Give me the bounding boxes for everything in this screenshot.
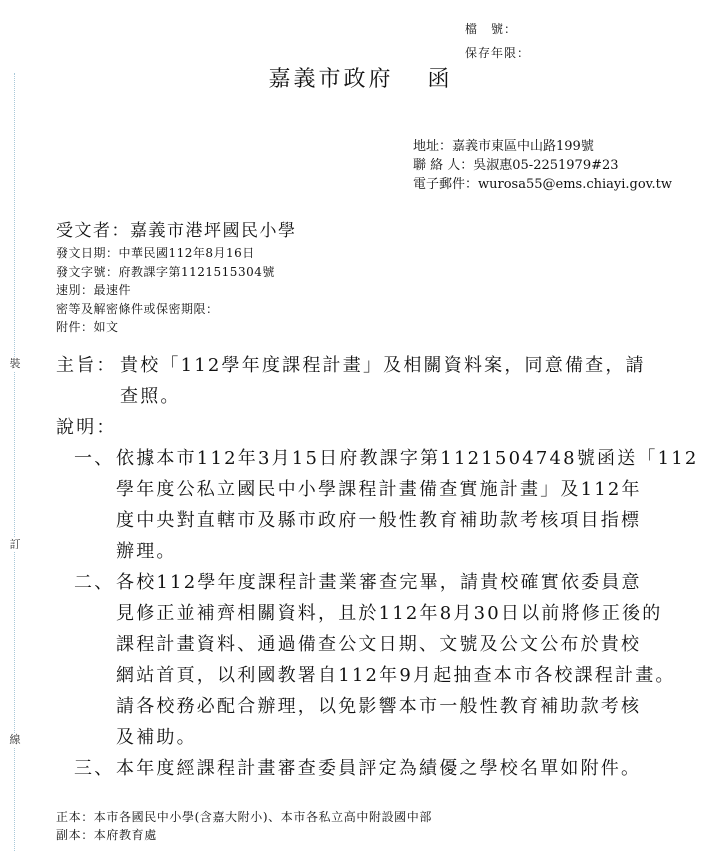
item-line: 辦理。: [116, 536, 696, 567]
item-line: 請各校務必配合辦理，以免影響本市一般性教育補助款考核: [116, 691, 696, 722]
subject-section: 主旨： 貴校「112學年度課程計畫」及相關資料案，同意備查，請 查照。: [56, 350, 696, 412]
item-line: 度中央對直轄市及縣市政府一般性教育補助款考核項目指標: [116, 505, 696, 536]
explanation-item-2: 二、 各校112學年度課程計畫業審查完畢，請貴校確實依委員意 見修正並補齊相關資…: [56, 567, 696, 753]
explanation-item-3: 三、 本年度經課程計畫審查委員評定為績優之學校名單如附件。: [56, 753, 696, 784]
document-body: 主旨： 貴校「112學年度課程計畫」及相關資料案，同意備查，請 查照。 說明： …: [56, 350, 696, 784]
contact-person: 聯 絡 人：吳淑惠05-2251979#23: [413, 156, 672, 175]
document-number: 發文字號：府教課字第1121515304號: [56, 263, 275, 282]
document-type: 函: [428, 67, 453, 92]
confidentiality: 密等及解密條件或保密期限：: [56, 300, 275, 319]
item-line: 本年度經課程計畫審查委員評定為績優之學校名單如附件。: [116, 753, 696, 784]
file-number-label: 檔 號：: [465, 20, 517, 37]
item-line: 學年度公私立國民中小學課程計畫備查實施計畫」及112年: [116, 474, 696, 505]
address: 地址：嘉義市東區中山路199號: [413, 137, 672, 156]
item-line: 課程計畫資料、通過備查公文日期、文號及公文公布於貴校: [116, 629, 696, 660]
binding-mark-zhuang: 裝: [9, 357, 21, 371]
binding-mark-ding: 訂: [9, 538, 21, 552]
subject-label: 主旨：: [56, 350, 120, 412]
explanation-item-1: 一、 依據本市112年3月15日府教課字第1121504748號函送「112 學…: [56, 443, 696, 567]
item-line: 各校112學年度課程計畫業審查完畢，請貴校確實依委員意: [116, 567, 696, 598]
issuer-name: 嘉義市政府: [268, 67, 393, 92]
item-line: 依據本市112年3月15日府教課字第1121504748號函送「112: [116, 443, 696, 474]
email: 電子郵件：wurosa55@ems.chiayi.gov.tw: [413, 175, 672, 194]
item-number: 一、: [74, 443, 116, 567]
original-recipients: 正本：本市各國民中小學(含嘉大附小)、本市各私立高中附設國中部: [56, 808, 432, 826]
explanation-label: 說明：: [56, 412, 696, 443]
item-number: 三、: [74, 753, 116, 784]
attachment: 附件：如文: [56, 318, 275, 337]
item-number: 二、: [74, 567, 116, 753]
recipient: 受文者：嘉義市港坪國民小學: [56, 216, 297, 241]
item-line: 網站首頁，以利國教署自112年9月起抽查本市各校課程計畫。: [116, 660, 696, 691]
distribution: 正本：本市各國民中小學(含嘉大附小)、本市各私立高中附設國中部 副本：本府教育處: [56, 808, 432, 844]
contact-block: 地址：嘉義市東區中山路199號 聯 絡 人：吳淑惠05-2251979#23 電…: [413, 137, 672, 194]
copy-recipients: 副本：本府教育處: [56, 826, 432, 844]
issue-date: 發文日期：中華民國112年8月16日: [56, 244, 275, 263]
binding-mark-xian: 線: [9, 733, 21, 747]
priority: 速別：最速件: [56, 281, 275, 300]
item-line: 見修正並補齊相關資料，且於112年8月30日以前將修正後的: [116, 598, 696, 629]
document-meta: 發文日期：中華民國112年8月16日 發文字號：府教課字第1121515304號…: [56, 244, 275, 337]
document-title: 嘉義市政府函: [0, 62, 721, 93]
subject-line: 查照。: [120, 381, 696, 412]
subject-line: 貴校「112學年度課程計畫」及相關資料案，同意備查，請: [120, 350, 696, 381]
item-line: 及補助。: [116, 722, 696, 753]
retention-period-label: 保存年限：: [465, 44, 530, 61]
